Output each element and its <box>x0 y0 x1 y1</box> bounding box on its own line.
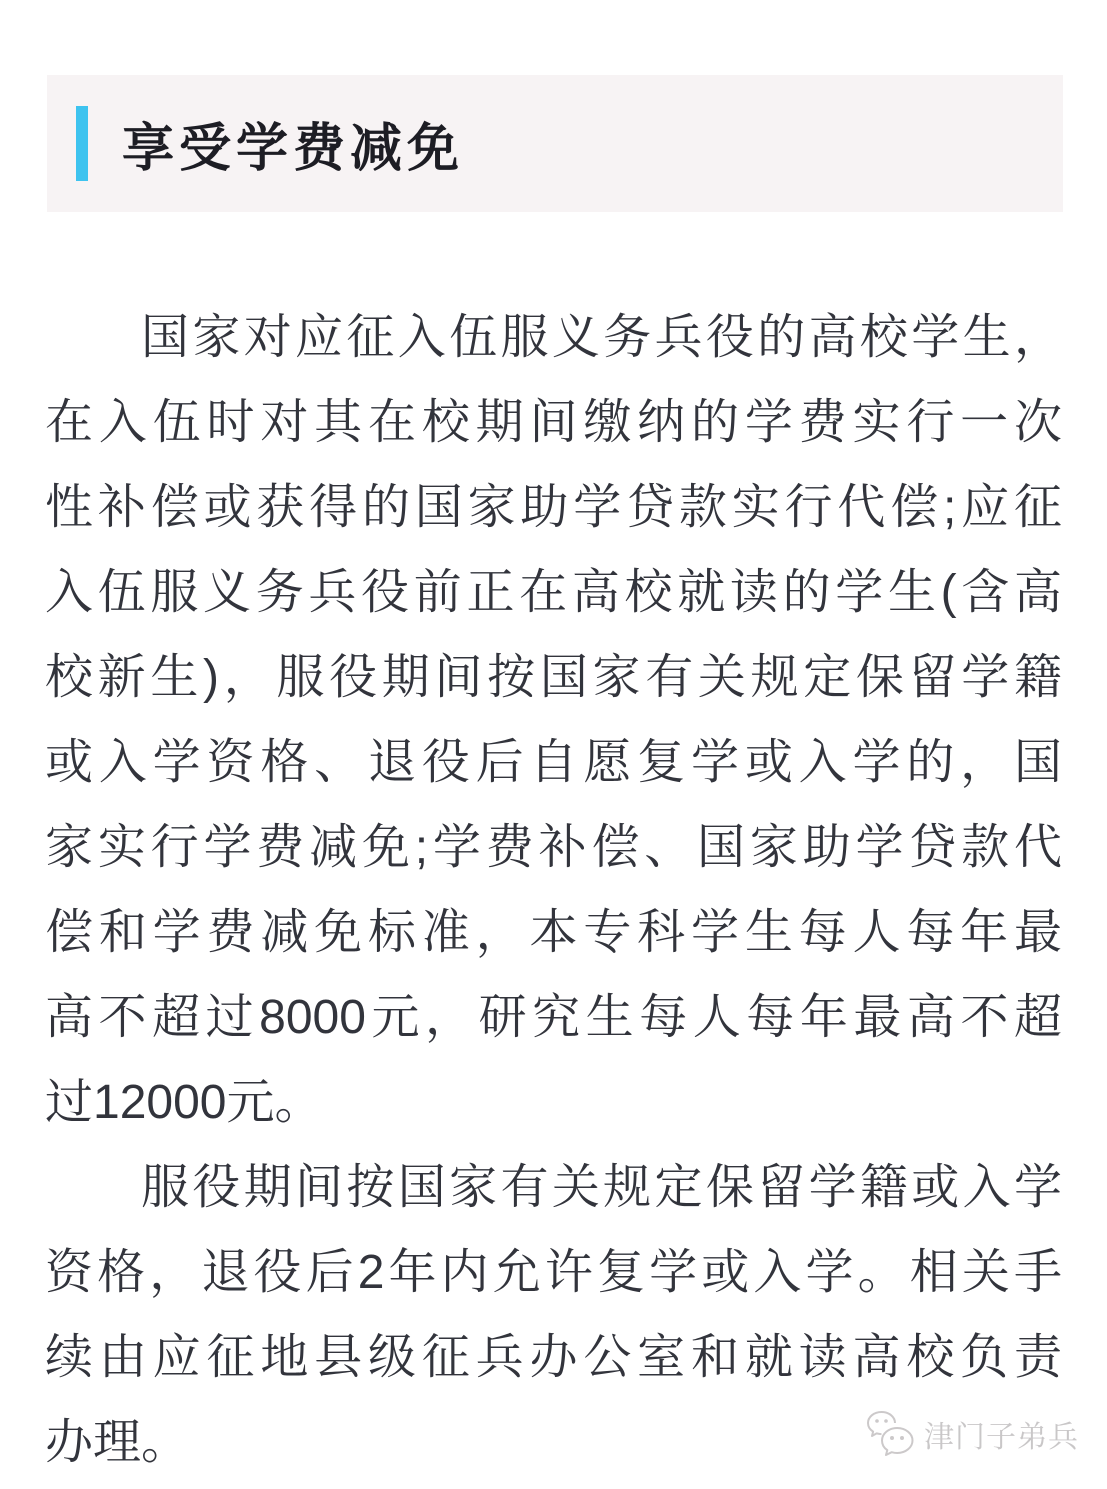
wechat-logo-icon <box>865 1408 917 1460</box>
article-page: 享受学费减免 国家对应征入伍服义务兵役的高校学生， 在入伍时对其在校期间缴纳的学… <box>0 0 1107 1489</box>
paragraph-line: 资格，退役后2年内允许复学或入学。相关手 <box>45 1230 1062 1315</box>
paragraph-line: 偿和学费减免标准，本专科学生每人每年最 <box>45 890 1062 975</box>
paragraph-line: 入伍服义务兵役前正在高校就读的学生(含高 <box>45 550 1062 635</box>
paragraph-line: 性补偿或获得的国家助学贷款实行代偿;应征 <box>45 465 1062 550</box>
watermark: 津门子弟兵 <box>865 1408 1079 1460</box>
paragraph-line: 高不超过8000元，研究生每人每年最高不超 <box>45 975 1062 1060</box>
paragraph-line: 服役期间按国家有关规定保留学籍或入学 <box>45 1145 1062 1230</box>
article-body: 国家对应征入伍服义务兵役的高校学生， 在入伍时对其在校期间缴纳的学费实行一次 性… <box>45 295 1062 1485</box>
page-title: 享受学费减免 <box>122 106 464 181</box>
paragraph-line: 过12000元。 <box>45 1060 1062 1145</box>
paragraph-line: 或入学资格、退役后自愿复学或入学的，国 <box>45 720 1062 805</box>
paragraph-line: 国家对应征入伍服义务兵役的高校学生， <box>45 295 1062 380</box>
paragraph-line: 续由应征地县级征兵办公室和就读高校负责 <box>45 1315 1062 1400</box>
section-header: 享受学费减免 <box>47 75 1063 212</box>
paragraph-line: 在入伍时对其在校期间缴纳的学费实行一次 <box>45 380 1062 465</box>
accent-bar <box>76 106 88 181</box>
watermark-label: 津门子弟兵 <box>924 1412 1079 1456</box>
paragraph-line: 校新生)，服役期间按国家有关规定保留学籍 <box>45 635 1062 720</box>
paragraph-line: 家实行学费减免;学费补偿、国家助学贷款代 <box>45 805 1062 890</box>
